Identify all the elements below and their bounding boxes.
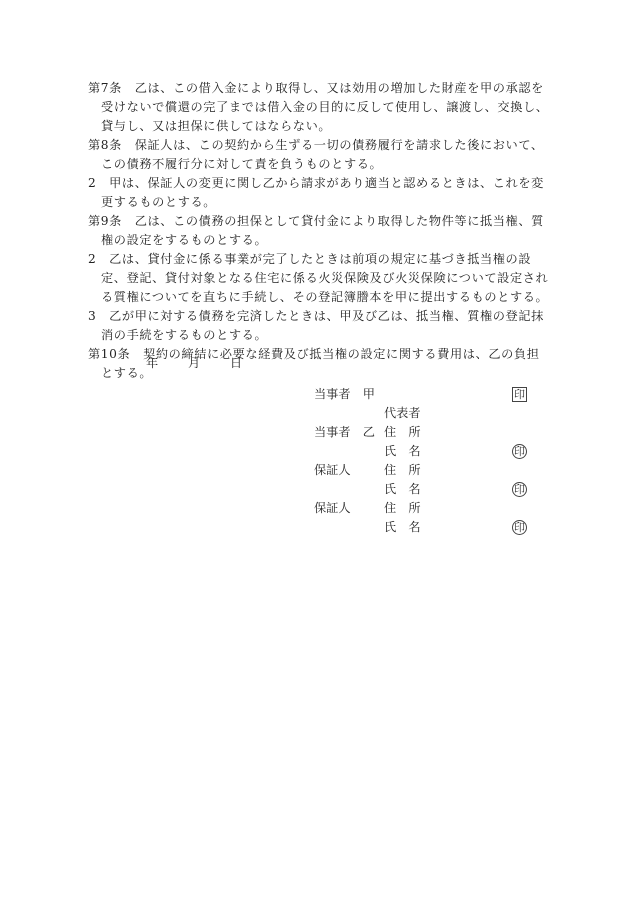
round-seal-icon: 印: [512, 520, 527, 535]
article-9: 第9条 乙は、この債務の担保として貸付金により取得した物件等に抵当権、質権の設定…: [88, 212, 552, 250]
party-b-name-label: 氏 名: [384, 442, 421, 461]
representative-label: 代表者: [384, 404, 421, 423]
date-year: 年: [146, 354, 158, 373]
date-line: 年 月 日: [146, 354, 242, 373]
party-b-label: 当事者 乙: [314, 423, 375, 442]
article-8-clause-2: 2 甲は、保証人の変更に関し乙から請求があり適当と認めるときは、これを変更するも…: [88, 174, 552, 212]
guarantor-2-address-label: 住 所: [384, 499, 421, 518]
guarantor-2-name-label: 氏 名: [384, 518, 421, 537]
article-9-clause-2: 2 乙は、貸付金に係る事業が完了したときは前項の規定に基づき抵当権の設定、登記、…: [88, 250, 552, 307]
contract-articles: 第7条 乙は、この借入金により取得し、又は効用の増加した財産を甲の承認を受けない…: [88, 79, 552, 383]
round-seal-icon: 印: [512, 482, 527, 497]
article-8: 第8条 保証人は、この契約から生ずる一切の債務履行を請求した後において、この債務…: [88, 136, 552, 174]
guarantor-2-label: 保証人: [314, 499, 351, 518]
party-b-address-label: 住 所: [384, 423, 421, 442]
round-seal-icon: 印: [512, 444, 527, 459]
article-9-clause-3: 3 乙が甲に対する債務を完済したときは、甲及び乙は、抵当権、質権の登記抹消の手続…: [88, 307, 552, 345]
guarantor-1-label: 保証人: [314, 461, 351, 480]
date-month: 月: [188, 354, 200, 373]
document-page: 第7条 乙は、この借入金により取得し、又は効用の増加した財産を甲の承認を受けない…: [0, 0, 630, 915]
article-7: 第7条 乙は、この借入金により取得し、又は効用の増加した財産を甲の承認を受けない…: [88, 79, 552, 136]
party-a-label: 当事者 甲: [314, 385, 375, 404]
guarantor-1-name-label: 氏 名: [384, 480, 421, 499]
date-day: 日: [230, 354, 242, 373]
guarantor-1-address-label: 住 所: [384, 461, 421, 480]
square-seal-icon: 印: [512, 387, 527, 402]
